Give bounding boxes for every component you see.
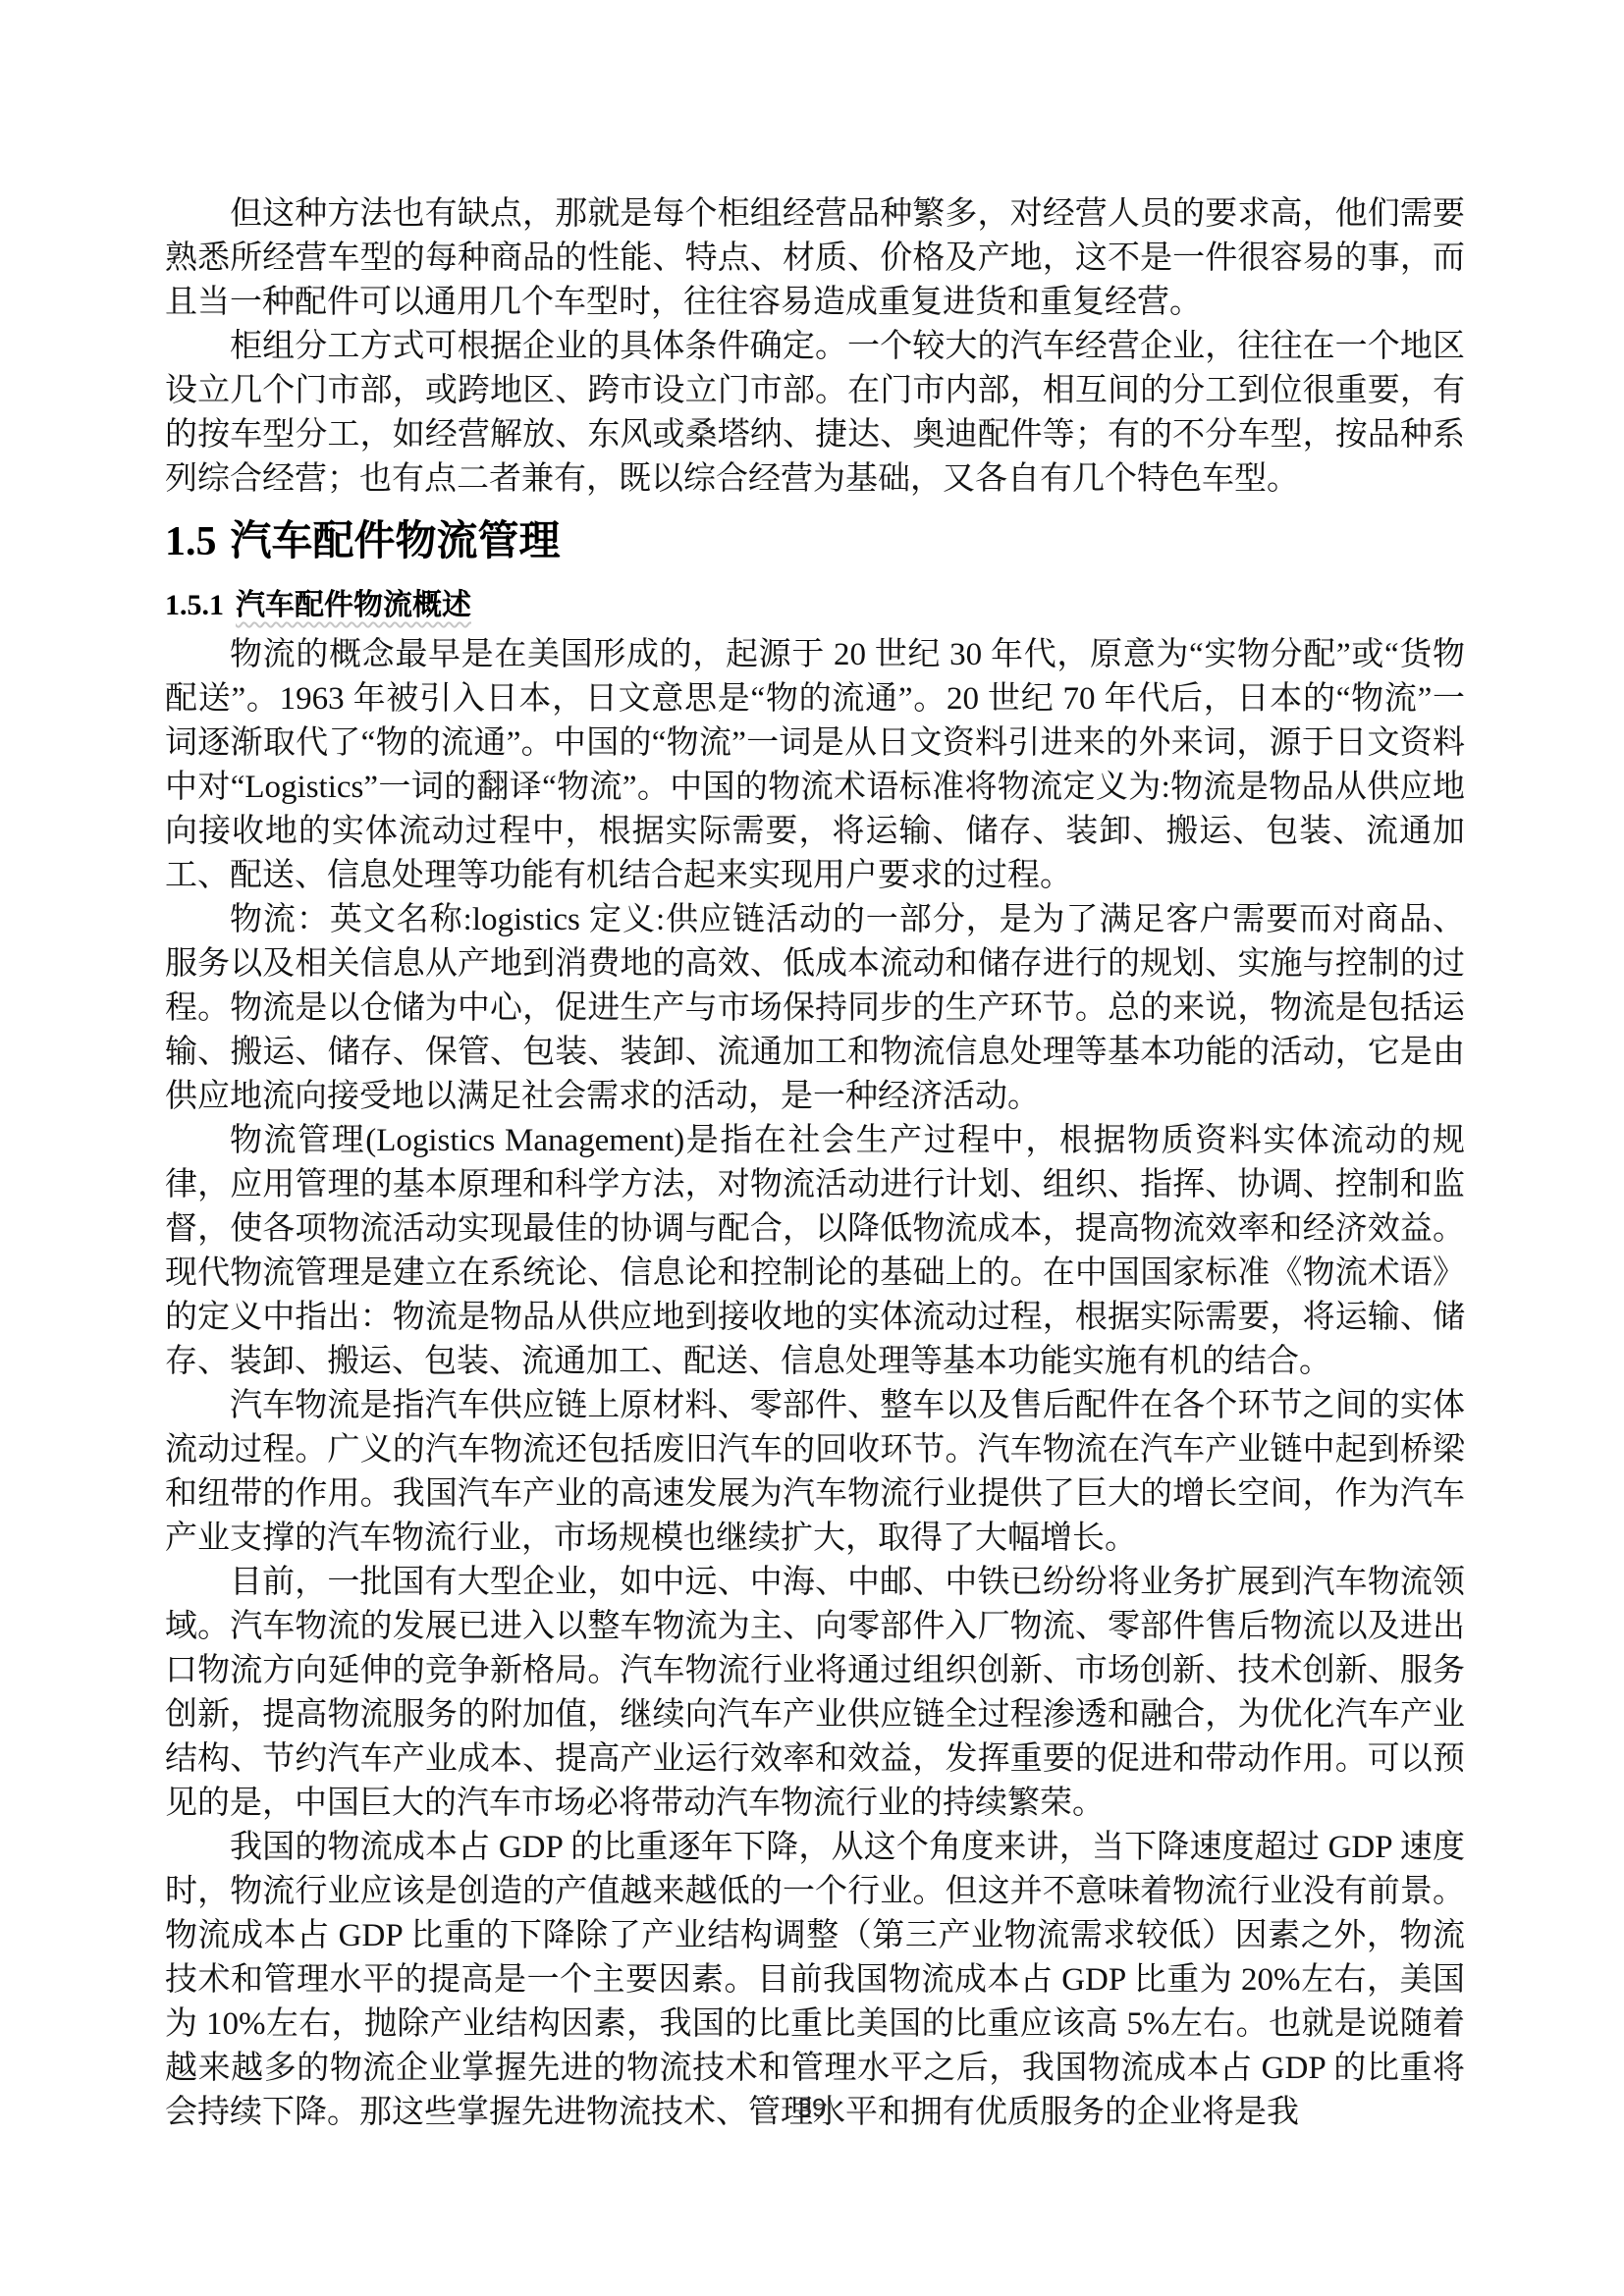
- document-page: 但这种方法也有缺点，那就是每个柜组经营品种繁多，对经营人员的要求高，他们需要熟悉…: [0, 0, 1624, 2296]
- subsection-title: 汽车配件物流概述: [236, 589, 471, 621]
- paragraph-counter-group-division: 柜组分工方式可根据企业的具体条件确定。一个较大的汽车经营企业，往往在一个地区设立…: [165, 325, 1465, 502]
- section-heading: 1.5汽车配件物流管理: [165, 515, 1465, 568]
- paragraph-auto-logistics: 汽车物流是指汽车供应链上原材料、零部件、整车以及售后配件在各个环节之间的实体流动…: [165, 1384, 1465, 1561]
- page-content: 但这种方法也有缺点，那就是每个柜组经营品种繁多，对经营人员的要求高，他们需要熟悉…: [165, 192, 1465, 2135]
- subsection-heading: 1.5.1汽车配件物流概述: [165, 586, 1465, 625]
- page-number: 39: [0, 2093, 1624, 2123]
- paragraph-state-enterprises: 目前，一批国有大型企业，如中远、中海、中邮、中铁已纷纷将业务扩展到汽车物流领域。…: [165, 1561, 1465, 1826]
- paragraph-logistics-cost-gdp: 我国的物流成本占 GDP 的比重逐年下降，从这个角度来讲，当下降速度超过 GDP…: [165, 1826, 1465, 2135]
- subsection-number: 1.5.1: [165, 589, 224, 621]
- paragraph-logistics-management: 物流管理(Logistics Management)是指在社会生产过程中，根据物…: [165, 1119, 1465, 1384]
- section-title: 汽车配件物流管理: [231, 519, 561, 564]
- paragraph-logistics-definition: 物流：英文名称:logistics 定义:供应链活动的一部分，是为了满足客户需要…: [165, 898, 1465, 1119]
- paragraph-logistics-concept-origin: 物流的概念最早是在美国形成的，起源于 20 世纪 30 年代，原意为“实物分配”…: [165, 633, 1465, 898]
- paragraph-counter-group-drawback: 但这种方法也有缺点，那就是每个柜组经营品种繁多，对经营人员的要求高，他们需要熟悉…: [165, 192, 1465, 325]
- section-number: 1.5: [165, 519, 217, 564]
